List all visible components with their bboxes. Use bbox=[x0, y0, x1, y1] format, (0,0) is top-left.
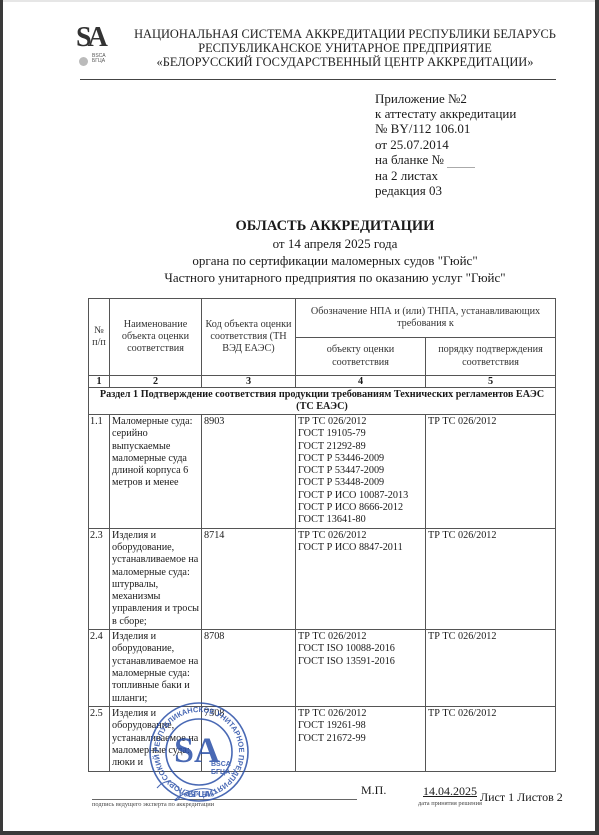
logo-subtext: BSCAБГЦА bbox=[92, 54, 106, 64]
sheet-info: Лист 1 Листов 2 bbox=[480, 790, 563, 805]
table-row: 2.5Изделия и оборудование, устанавливаем… bbox=[89, 707, 556, 771]
table-row: 1.1Маломерные суда: серийно выпускаемые … bbox=[89, 415, 556, 529]
standard-item: ГОСТ Р 53447-2009 bbox=[298, 465, 423, 477]
sheets-count: на 2 листах bbox=[375, 168, 516, 183]
standard-item: ГОСТ Р ИСО 8666-2012 bbox=[298, 502, 423, 514]
svg-text:«БГЦА»: «БГЦА» bbox=[184, 790, 215, 799]
row-code: 8714 bbox=[202, 528, 296, 629]
appendix-block: Приложение №2 к аттестату аккредитации №… bbox=[375, 91, 516, 198]
standard-item: ТР ТС 026/2012 bbox=[298, 708, 423, 720]
standard-item: ГОСТ 21672-99 bbox=[298, 733, 423, 745]
row-object-standards: ТР ТС 026/2012ГОСТ 19105-79ГОСТ 21292-89… bbox=[296, 415, 426, 529]
revision: редакция 03 bbox=[375, 183, 516, 198]
document-date: от 14 апреля 2025 года bbox=[80, 235, 590, 252]
standard-item: ГОСТ Р ИСО 8847-2011 bbox=[298, 542, 423, 554]
logo-text: SA bbox=[76, 22, 104, 54]
title-block: ОБЛАСТЬ АККРЕДИТАЦИИ от 14 апреля 2025 г… bbox=[80, 218, 590, 286]
page-frame-top bbox=[0, 0, 599, 2]
globe-icon bbox=[79, 57, 88, 66]
header-num: № п/п bbox=[89, 299, 110, 376]
table-row: 2.3Изделия и оборудование, устанавливаем… bbox=[89, 528, 556, 629]
standard-item: ГОСТ ISO 13591-2016 bbox=[298, 656, 423, 668]
accreditation-table: № п/п Наименование объекта оценки соотве… bbox=[88, 298, 556, 772]
letterhead: НАЦИОНАЛЬНАЯ СИСТЕМА АККРЕДИТАЦИИ РЕСПУБ… bbox=[120, 27, 570, 69]
row-number: 1.1 bbox=[89, 415, 110, 529]
row-number: 2.5 bbox=[89, 707, 110, 771]
header-procedure: порядку подтверждения соответствия bbox=[426, 338, 556, 376]
standard-item: ГОСТ 19105-79 bbox=[298, 428, 423, 440]
header-requirements: Обозначение НПА и (или) ТНПА, устанавлив… bbox=[296, 299, 556, 338]
standard-item: ТР ТС 026/2012 bbox=[298, 530, 423, 542]
certificate-date: от 25.07.2014 bbox=[375, 137, 516, 152]
row-object-name: Изделия и оборудование, устанавливаемое … bbox=[110, 707, 202, 771]
standard-item: ГОСТ ISO 10088-2016 bbox=[298, 643, 423, 655]
row-procedure: ТР ТС 026/2012 bbox=[426, 528, 556, 629]
standard-item: ГОСТ 19261-98 bbox=[298, 720, 423, 732]
header-object: объекту оценки соответствия bbox=[296, 338, 426, 376]
letterhead-line: РЕСПУБЛИКАНСКОЕ УНИТАРНОЕ ПРЕДПРИЯТИЕ bbox=[120, 41, 570, 55]
row-object-name: Изделия и оборудование, устанавливаемое … bbox=[110, 528, 202, 629]
page-frame-right bbox=[595, 0, 599, 835]
certificate-number: № BY/112 106.01 bbox=[375, 121, 516, 136]
document-title: ОБЛАСТЬ АККРЕДИТАЦИИ bbox=[80, 218, 590, 235]
row-object-name: Маломерные суда: серийно выпускаемые мал… bbox=[110, 415, 202, 529]
certification-body: органа по сертификации маломерных судов … bbox=[80, 252, 590, 269]
standard-item: ТР ТС 026/2012 bbox=[298, 416, 423, 428]
appendix-line: к аттестату аккредитации bbox=[375, 106, 516, 121]
row-object-standards: ТР ТС 026/2012ГОСТ 19261-98ГОСТ 21672-99 bbox=[296, 707, 426, 771]
table-row: 2.4Изделия и оборудование, устанавливаем… bbox=[89, 630, 556, 707]
row-code: 7308 bbox=[202, 707, 296, 771]
appendix-title: Приложение №2 bbox=[375, 91, 516, 106]
row-procedure: ТР ТС 026/2012 bbox=[426, 415, 556, 529]
letterhead-line: НАЦИОНАЛЬНАЯ СИСТЕМА АККРЕДИТАЦИИ РЕСПУБ… bbox=[120, 27, 570, 41]
page-frame-left bbox=[0, 0, 3, 835]
column-numbers-row: 1 2 3 4 5 bbox=[89, 376, 556, 388]
header-name: Наименование объекта оценки соответствия bbox=[110, 299, 202, 376]
row-number: 2.3 bbox=[89, 528, 110, 629]
row-code: 8708 bbox=[202, 630, 296, 707]
row-number: 2.4 bbox=[89, 630, 110, 707]
row-object-standards: ТР ТС 026/2012ГОСТ ISO 10088-2016ГОСТ IS… bbox=[296, 630, 426, 707]
row-object-standards: ТР ТС 026/2012ГОСТ Р ИСО 8847-2011 bbox=[296, 528, 426, 629]
row-procedure: ТР ТС 026/2012 bbox=[426, 630, 556, 707]
stamp-place-label: М.П. bbox=[361, 783, 386, 798]
organization-name: Частного унитарного предприятия по оказа… bbox=[80, 269, 590, 286]
standard-item: ГОСТ Р ИСО 10087-2013 bbox=[298, 490, 423, 502]
standard-item: ГОСТ Р 53446-2009 bbox=[298, 453, 423, 465]
signature-line bbox=[92, 799, 357, 800]
letterhead-line: «БЕЛОРУССКИЙ ГОСУДАРСТВЕННЫЙ ЦЕНТР АККРЕ… bbox=[120, 55, 570, 69]
section-row: Раздел 1 Подтверждение соответствия прод… bbox=[89, 388, 556, 415]
signature-caption: подпись ведущего эксперта по аккредитаци… bbox=[92, 801, 242, 808]
bsca-logo: SA BSCAБГЦА bbox=[76, 26, 110, 68]
page-frame-bottom bbox=[0, 831, 599, 835]
form-number: на бланке № bbox=[375, 152, 516, 168]
row-code: 8903 bbox=[202, 415, 296, 529]
standard-item: ГОСТ Р 53448-2009 bbox=[298, 477, 423, 489]
row-object-name: Изделия и оборудование, устанавливаемое … bbox=[110, 630, 202, 707]
blank-field bbox=[447, 152, 475, 168]
row-procedure: ТР ТС 026/2012 bbox=[426, 707, 556, 771]
standard-item: ГОСТ 21292-89 bbox=[298, 441, 423, 453]
header-code: Код объекта оценки соответствия (ТН ВЭД … bbox=[202, 299, 296, 376]
section-title: Раздел 1 Подтверждение соответствия прод… bbox=[89, 388, 556, 415]
letterhead-rule bbox=[80, 79, 556, 80]
standard-item: ГОСТ 13641-80 bbox=[298, 514, 423, 526]
standard-item: ТР ТС 026/2012 bbox=[298, 631, 423, 643]
